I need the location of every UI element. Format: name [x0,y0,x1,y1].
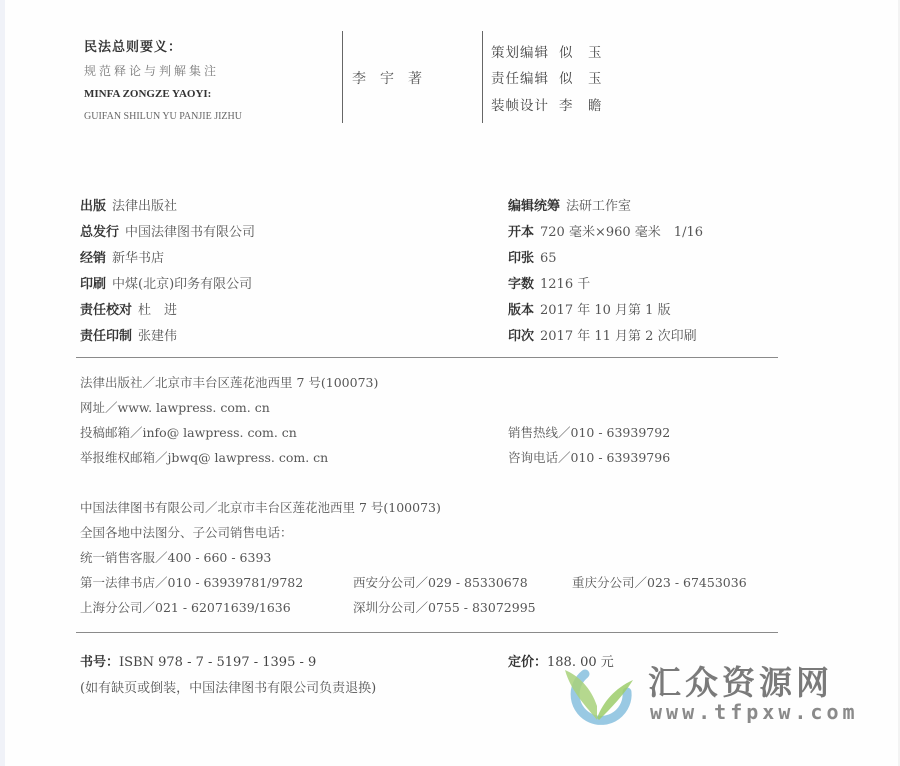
author: 李 宇 著 [352,68,422,88]
book-subtitle-cn: 规范释论与判解集注 [84,62,219,79]
publisher-address: 法律出版社／北京市丰台区莲花池西里 7 号(100073) [80,370,378,395]
isbn-label: 书号： [80,655,119,670]
info-row-publisher: 出版法律出版社 [80,194,255,220]
publisher-website: 网址／www. lawpress. com. cn [80,395,378,420]
info-row-printer: 印刷中煤(北京)印务有限公司 [80,272,255,298]
branch-xian: 西安分公司／029 - 85330678 [353,570,528,595]
credit-responsible-editor: 责任编辑似 玉 [491,67,603,87]
credit-planning-editor: 策划编辑似 玉 [491,41,603,61]
credit-cover-design: 装帧设计李 瞻 [491,94,603,114]
publisher-phones: 销售热线／010 - 63939792 咨询电话／010 - 63939796 [508,420,670,470]
watermark-logo-icon [557,662,637,726]
divider-vertical-right [482,31,483,123]
branch-shenzhen: 深圳分公司／0755 - 83072995 [353,595,536,620]
info-row-proofreader: 责任校对杜 进 [80,298,255,324]
publication-info-right: 编辑统筹法研工作室 开本720 毫米×960 毫米 1/16 印张65 字数12… [508,194,703,350]
branch-chongqing: 重庆分公司／023 - 67453036 [572,570,747,595]
divider-horizontal-2 [76,632,778,633]
info-row-printing: 印次2017 年 11 月第 2 次印刷 [508,324,703,350]
branches-intro: 全国各地中法图分、子公司销售电话： [80,520,441,545]
credit-name: 李 瞻 [559,94,603,114]
inquiry-phone: 咨询电话／010 - 63939796 [508,445,670,470]
publication-info-left: 出版法律出版社 总发行中国法律图书有限公司 经销新华书店 印刷中煤(北京)印务有… [80,194,255,350]
book-subtitle-en: GUIFAN SHILUN YU PANJIE JIZHU [84,111,242,122]
distributor-address: 中国法律图书有限公司／北京市丰台区莲花池西里 7 号(100073) [80,495,441,520]
unified-sales-phone: 统一销售客服／400 - 660 - 6393 [80,545,441,570]
info-row-edition: 版本2017 年 10 月第 1 版 [508,298,703,324]
book-title-en: MINFA ZONGZE YAOYI: [84,88,211,100]
report-email: 举报维权邮箱／jbwq@ lawpress. com. cn [80,445,378,470]
watermark-site-name: 汇众资源网 [648,657,833,704]
info-row-print-supervisor: 责任印制张建伟 [80,324,255,350]
watermark-site-url: www.tfpxw.com [650,700,859,724]
info-row-sheets: 印张65 [508,246,703,272]
info-row-format: 开本720 毫米×960 毫米 1/16 [508,220,703,246]
credit-role: 责任编辑 [491,71,549,87]
credit-role: 策划编辑 [491,45,549,61]
submission-email: 投稿邮箱／info@ lawpress. com. cn [80,420,378,445]
sales-hotline: 销售热线／010 - 63939792 [508,420,670,445]
info-row-seller: 经销新华书店 [80,246,255,272]
credit-name: 似 玉 [559,67,603,87]
page-left-edge [0,0,5,766]
info-row-distributor: 总发行中国法律图书有限公司 [80,220,255,246]
credit-name: 似 玉 [559,41,603,61]
info-row-editorial: 编辑统筹法研工作室 [508,194,703,220]
credit-role: 装帧设计 [491,98,549,114]
isbn: 书号：ISBN 978 - 7 - 5197 - 1395 - 9 [80,651,316,670]
divider-vertical-left [342,31,343,123]
return-note: (如有缺页或倒装，中国法律图书有限公司负责退换) [80,677,376,696]
isbn-value: ISBN 978 - 7 - 5197 - 1395 - 9 [119,655,316,670]
price-label: 定价： [508,655,547,670]
info-row-word-count: 字数1216 千 [508,272,703,298]
book-title-cn: 民法总则要义： [84,36,182,55]
divider-horizontal-1 [76,357,778,358]
publisher-contact: 法律出版社／北京市丰台区莲花池西里 7 号(100073) 网址／www. la… [80,370,378,470]
